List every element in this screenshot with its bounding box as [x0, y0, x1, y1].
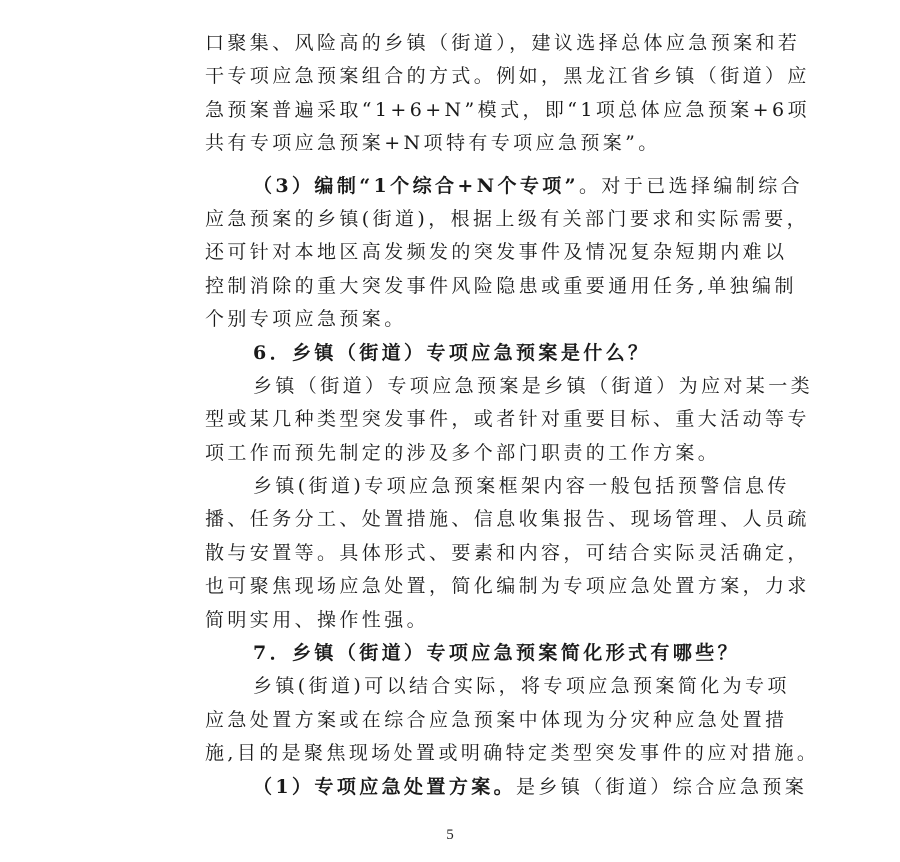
text-run: 。对于已选择编制综合: [579, 175, 803, 197]
text-line: 型或某几种类型突发事件，或者针对重要目标、重大活动等专: [205, 403, 695, 436]
text-line: 乡镇（街道）专项应急预案是乡镇（街道）为应对某一类: [205, 370, 695, 403]
text-line: 应急处置方案或在综合应急预案中体现为分灾种应急处置措: [205, 704, 695, 737]
text-line: 项工作而预先制定的涉及多个部门职责的工作方案。: [205, 437, 695, 470]
text-line: 乡镇(街道)可以结合实际，将专项应急预案简化为专项: [205, 670, 695, 703]
text-line: 个别专项应急预案。: [205, 303, 695, 336]
page-number: 5: [0, 827, 900, 844]
text-line: 应急预案的乡镇(街道)，根据上级有关部门要求和实际需要，: [205, 203, 695, 236]
text-line: 共有专项应急预案+N项特有专项应急预案”。: [205, 127, 695, 160]
text-line: 控制消除的重大突发事件风险隐患或重要通用任务,单独编制: [205, 270, 695, 303]
text-line: （1）专项应急处置方案。是乡镇（街道）综合应急预案: [205, 771, 695, 804]
text-line: 急预案普遍采取“1+6+N”模式，即“1项总体应急预案+6项: [205, 94, 695, 127]
paragraph-simplification: 乡镇(街道)可以结合实际，将专项应急预案简化为专项 应急处置方案或在综合应急预案…: [205, 670, 695, 770]
section-heading-6: 6．乡镇（街道）专项应急预案是什么？: [205, 337, 695, 370]
text-line: 乡镇(街道)专项应急预案框架内容一般包括预警信息传: [205, 470, 695, 503]
paragraph-definition: 乡镇（街道）专项应急预案是乡镇（街道）为应对某一类 型或某几种类型突发事件，或者…: [205, 370, 695, 470]
text-line: 干专项应急预案组合的方式。例如，黑龙江省乡镇（街道）应: [205, 60, 695, 93]
section-heading-7: 7．乡镇（街道）专项应急预案简化形式有哪些？: [205, 637, 695, 670]
text-line: 简明实用、操作性强。: [205, 604, 695, 637]
paragraph-item-3: （3）编制“1个综合+N个专项”。对于已选择编制综合 应急预案的乡镇(街道)，根…: [205, 170, 695, 337]
paragraph-continuation: 口聚集、风险高的乡镇（街道），建议选择总体应急预案和若 干专项应急预案组合的方式…: [205, 27, 695, 161]
text-line: 施,目的是聚焦现场处置或明确特定类型突发事件的应对措施。: [205, 737, 695, 770]
bold-lead-item-1: （1）专项应急处置方案。: [253, 776, 516, 798]
text-line: 还可针对本地区高发频发的突发事件及情况复杂短期内难以: [205, 236, 695, 269]
text-line: 播、任务分工、处置措施、信息收集报告、现场管理、人员疏: [205, 503, 695, 536]
text-line: 散与安置等。具体形式、要素和内容，可结合实际灵活确定，: [205, 537, 695, 570]
text-line: 口聚集、风险高的乡镇（街道），建议选择总体应急预案和若: [205, 27, 695, 60]
text-line: （3）编制“1个综合+N个专项”。对于已选择编制综合: [205, 170, 695, 203]
paragraph-framework: 乡镇(街道)专项应急预案框架内容一般包括预警信息传 播、任务分工、处置措施、信息…: [205, 470, 695, 637]
document-page: 口聚集、风险高的乡镇（街道），建议选择总体应急预案和若 干专项应急预案组合的方式…: [205, 27, 695, 804]
paragraph-item-1: （1）专项应急处置方案。是乡镇（街道）综合应急预案: [205, 771, 695, 804]
text-line: 也可聚焦现场应急处置，简化编制为专项应急处置方案，力求: [205, 570, 695, 603]
text-run: 是乡镇（街道）综合应急预案: [516, 776, 807, 798]
bold-lead-item-3: （3）编制“1个综合+N个专项”: [253, 175, 579, 197]
